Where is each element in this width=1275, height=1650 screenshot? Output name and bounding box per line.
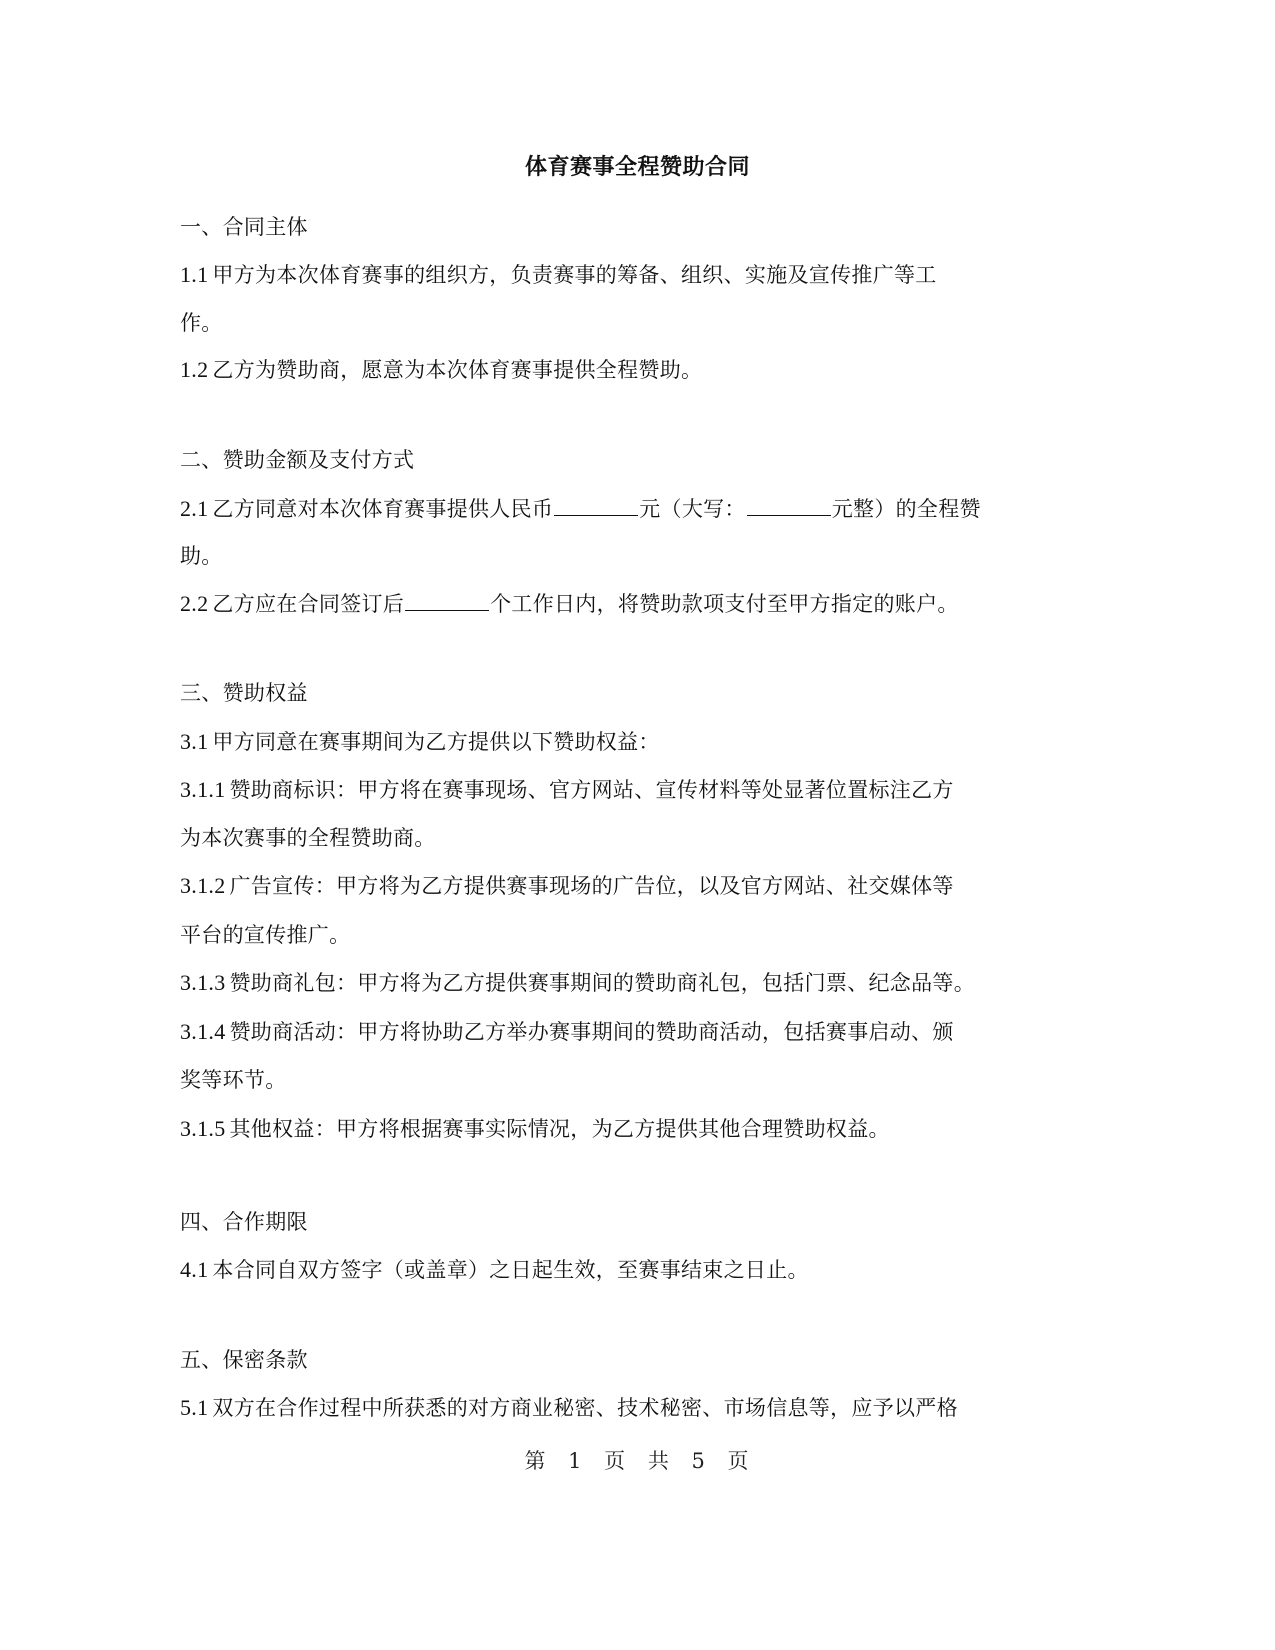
clause-3-1-1: 3.1.1赞助商标识：甲方将在赛事现场、官方网站、宣传材料等处显著位置标注乙方 [180,775,1080,805]
clause-text: 其他权益：甲方将根据赛事实际情况，为乙方提供其他合理赞助权益。 [230,1117,890,1141]
clause-text: 双方在合作过程中所获悉的对方商业秘密、技术秘密、市场信息等，应予以严格 [212,1396,958,1420]
section-heading-1: 一、合同主体 [180,212,1080,242]
clause-1-1-cont: 作。 [180,308,1080,338]
clause-1-1: 1.1甲方为本次体育赛事的组织方，负责赛事的筹备、组织、实施及宣传推广等工 [180,260,1080,290]
clause-2-2: 2.2乙方应在合同签订后个工作日内，将赞助款项支付至甲方指定的账户。 [180,589,1080,619]
clause-text: 赞助商活动：甲方将协助乙方举办赛事期间的赞助商活动，包括赛事启动、颁 [230,1020,954,1044]
clause-number: 3.1.2 [180,873,226,898]
clause-number: 4.1 [180,1257,208,1282]
clause-text: 乙方应在合同签订后 [212,592,404,616]
clause-text: 赞助商标识：甲方将在赛事现场、官方网站、宣传材料等处显著位置标注乙方 [230,778,954,802]
clause-text: 甲方为本次体育赛事的组织方，负责赛事的筹备、组织、实施及宣传推广等工 [212,263,936,287]
clause-text: 甲方同意在赛事期间为乙方提供以下赞助权益： [212,730,659,754]
clause-text: 赞助商礼包：甲方将为乙方提供赛事期间的赞助商礼包，包括门票、纪念品等。 [230,971,976,995]
clause-2-1-cont: 助。 [180,541,1080,571]
clause-text: 本合同自双方签字（或盖章）之日起生效，至赛事结束之日止。 [212,1258,808,1282]
clause-text: 乙方同意对本次体育赛事提供人民币 [212,497,553,521]
clause-text: 个工作日内，将赞助款项支付至甲方指定的账户。 [490,592,959,616]
clause-3-1-4: 3.1.4赞助商活动：甲方将协助乙方举办赛事期间的赞助商活动，包括赛事启动、颁 [180,1017,1080,1047]
clause-2-1: 2.1乙方同意对本次体育赛事提供人民币元（大写：元整）的全程赞 [180,494,1080,524]
clause-3-1-5: 3.1.5其他权益：甲方将根据赛事实际情况，为乙方提供其他合理赞助权益。 [180,1114,1080,1144]
working-days-blank-field[interactable] [405,590,489,611]
clause-3-1-4-cont: 奖等环节。 [180,1065,1080,1095]
clause-number: 1.1 [180,262,208,287]
clause-4-1: 4.1本合同自双方签字（或盖章）之日起生效，至赛事结束之日止。 [180,1255,1080,1285]
clause-text: 广告宣传：甲方将为乙方提供赛事现场的广告位，以及官方网站、社交媒体等 [230,874,954,898]
clause-text: 元（大写： [639,497,746,521]
clause-3-1-3: 3.1.3赞助商礼包：甲方将为乙方提供赛事期间的赞助商礼包，包括门票、纪念品等。 [180,968,1080,998]
clause-number: 1.2 [180,357,208,382]
clause-3-1: 3.1甲方同意在赛事期间为乙方提供以下赞助权益： [180,727,1080,757]
page-number-footer: 第 1 页 共 5 页 [0,1445,1275,1475]
clause-text: 元整）的全程赞 [832,497,981,521]
document-title: 体育赛事全程赞助合同 [0,150,1275,181]
clause-3-1-1-cont: 为本次赛事的全程赞助商。 [180,823,1080,853]
section-heading-2: 二、赞助金额及支付方式 [180,445,1080,475]
section-heading-4: 四、合作期限 [180,1207,1080,1237]
document-page: 体育赛事全程赞助合同 一、合同主体 1.1甲方为本次体育赛事的组织方，负责赛事的… [0,0,1275,1650]
clause-number: 3.1.3 [180,970,226,995]
amount-in-words-blank-field[interactable] [747,495,831,516]
amount-blank-field[interactable] [554,495,638,516]
section-heading-5: 五、保密条款 [180,1345,1080,1375]
clause-text: 乙方为赞助商，愿意为本次体育赛事提供全程赞助。 [212,358,702,382]
clause-number: 3.1.1 [180,777,226,802]
clause-3-1-2: 3.1.2广告宣传：甲方将为乙方提供赛事现场的广告位，以及官方网站、社交媒体等 [180,871,1080,901]
clause-number: 2.1 [180,496,208,521]
clause-1-2: 1.2乙方为赞助商，愿意为本次体育赛事提供全程赞助。 [180,355,1080,385]
clause-5-1: 5.1双方在合作过程中所获悉的对方商业秘密、技术秘密、市场信息等，应予以严格 [180,1393,1080,1423]
clause-number: 3.1 [180,729,208,754]
section-heading-3: 三、赞助权益 [180,678,1080,708]
clause-number: 5.1 [180,1395,208,1420]
clause-number: 3.1.4 [180,1019,226,1044]
clause-number: 2.2 [180,591,208,616]
clause-3-1-2-cont: 平台的宣传推广。 [180,920,1080,950]
clause-number: 3.1.5 [180,1116,226,1141]
